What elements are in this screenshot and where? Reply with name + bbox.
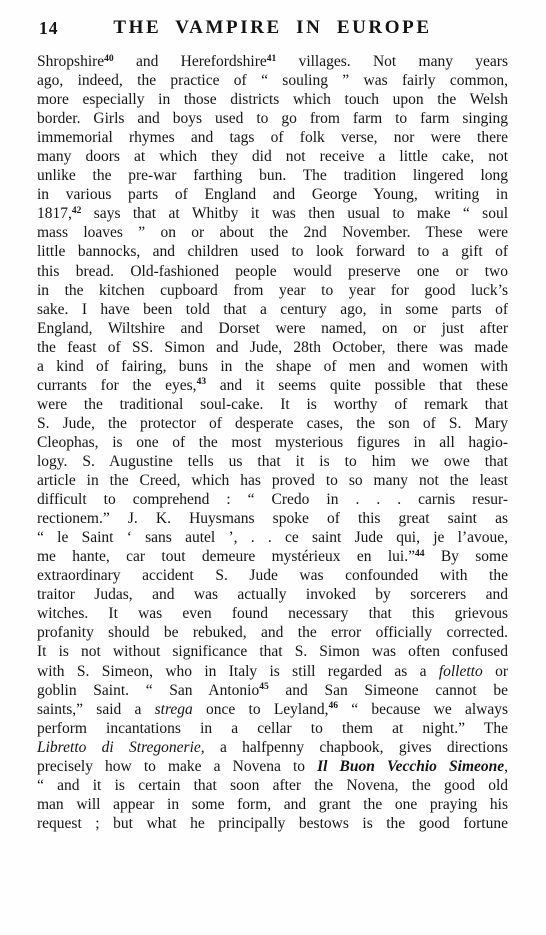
text-line: ago, indeed, the practice of “ souling ”… [37, 71, 508, 90]
footnote-ref: 44 [415, 549, 425, 559]
footnote-ref: 40 [104, 54, 114, 64]
text-line: S. Jude, the protector of desperate case… [37, 414, 508, 433]
text-line: border. Girls and boys used to go from f… [37, 109, 508, 128]
text-line: me hante, car tout demeure mystérieux en… [37, 547, 508, 566]
footnote-ref: 45 [259, 682, 269, 692]
text-line: “ and it is certain that soon after the … [37, 776, 508, 795]
text-line: logy. S. Augustine tells us that it is t… [37, 452, 508, 471]
text-line: mass loaves ” on or about the 2nd Novemb… [37, 223, 508, 242]
text-line: little bannocks, and children used to lo… [37, 242, 508, 261]
text-line: unlike the pre-war farthing bun. The tra… [37, 166, 508, 185]
text-line: England, Wiltshire and Dorset were named… [37, 319, 508, 338]
text-line: with S. Simeon, who in Italy is still re… [37, 662, 508, 681]
text-line: rectionem.” J. K. Huysmans spoke of this… [37, 509, 508, 528]
text-line: request ; but what he principally bestow… [37, 814, 508, 833]
footnote-ref: 43 [197, 377, 207, 387]
text-line: witches. It was even found necessary tha… [37, 604, 508, 623]
text-line: man will appear in some form, and grant … [37, 795, 508, 814]
text-line: many doors at which they did not receive… [37, 147, 508, 166]
text-line: extraordinary accident S. Jude was confo… [37, 566, 508, 585]
text-line: profanity should be rebuked, and the err… [37, 623, 508, 642]
text-line: It is not without significance that S. S… [37, 642, 508, 661]
text-line: the feast of SS. Simon and Jude, 28th Oc… [37, 338, 508, 357]
text-line: “ le Saint ‘ sans autel ’, . . ce saint … [37, 528, 508, 547]
text-line: in various parts of England and George Y… [37, 185, 508, 204]
text-line: this bread. Old-fashioned people would p… [37, 262, 508, 281]
body-text: Shropshire40 and Herefordshire41 village… [37, 52, 508, 833]
page-number: 14 [39, 18, 59, 39]
text-line: Cleophas, is one of the most mysterious … [37, 433, 508, 452]
text-line: difficult to comprehend : “ Credo in . .… [37, 490, 508, 509]
text-line: a kind of fairing, buns in the shape of … [37, 357, 508, 376]
text-line: perform incantations in a cellar to them… [37, 719, 508, 738]
text-line: article in the Creed, which has proved t… [37, 471, 508, 490]
footnote-ref: 42 [72, 206, 82, 216]
text-line: Shropshire40 and Herefordshire41 village… [37, 52, 508, 71]
text-line: goblin Saint. “ San Antonio45 and San Si… [37, 681, 508, 700]
text-line: traitor Judas, and was actually invoked … [37, 585, 508, 604]
running-title: THE VAMPIRE IN EUROPE [37, 17, 508, 39]
text-line: saints,” said a strega once to Leyland,4… [37, 700, 508, 719]
text-line: were the traditional soul-cake. It is wo… [37, 395, 508, 414]
text-line: currants for the eyes,43 and it seems qu… [37, 376, 508, 395]
book-page: 14 THE VAMPIRE IN EUROPE Shropshire40 an… [0, 0, 546, 935]
text-line: sake. I have been told that a century ag… [37, 300, 508, 319]
text-line: precisely how to make a Novena to Il Buo… [37, 757, 508, 776]
footnote-ref: 41 [267, 54, 277, 64]
text-line: more especially in those districts which… [37, 90, 508, 109]
page-header: 14 THE VAMPIRE IN EUROPE [37, 17, 508, 43]
text-line: in the kitchen cupboard from year to yea… [37, 281, 508, 300]
text-line: Libretto di Stregonerie, a halfpenny cha… [37, 738, 508, 757]
text-line: 1817,42 says that at Whitby it was then … [37, 204, 508, 223]
footnote-ref: 46 [329, 701, 339, 711]
text-line: immemorial rhymes and tags of folk verse… [37, 128, 508, 147]
